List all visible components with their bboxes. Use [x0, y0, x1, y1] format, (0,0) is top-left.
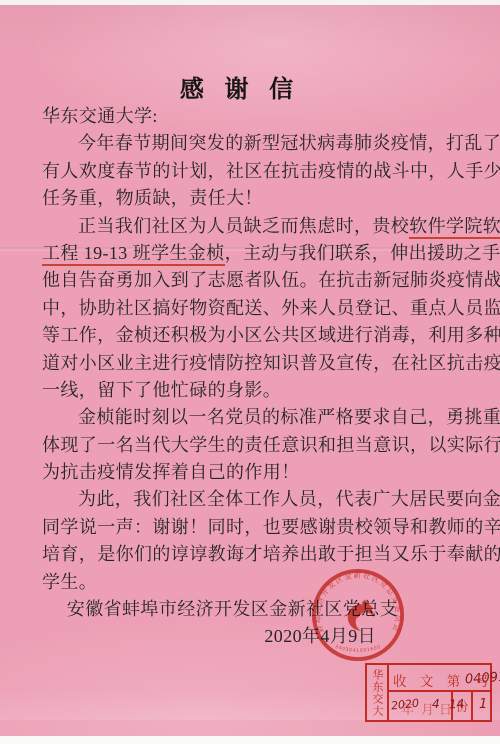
- stamp-received-label: 收 文 第: [393, 670, 465, 690]
- letter-title: 感 谢 信: [0, 69, 480, 104]
- body-line: 工程 19-13 班学生金桢，主动与我们联系，伸出援助之手。: [42, 240, 460, 267]
- body-line: 体现了一名当代大学生的责任意识和担当意识，以实际行动: [42, 432, 460, 459]
- body-line: 正当我们社区为人员缺乏而焦虑时，贵校软件学院软件: [42, 213, 460, 240]
- stamp-copies-cell: 1: [471, 692, 490, 720]
- received-stamp: 华东交大 收 文 第 04091 号 年 月 日 份 1 2020 4 14: [365, 663, 492, 722]
- body-line: 等工作，金桢还积极为小区公共区域进行消毒，利用多种渠: [42, 322, 460, 349]
- body-line: 一线，留下了他忙碌的身影。: [42, 377, 460, 404]
- stamp-org-name: 华东交大: [367, 665, 389, 720]
- body-line: 今年春节期间突发的新型冠状病毒肺炎疫情，打乱了所: [42, 130, 460, 157]
- body-line: 他自告奋勇加入到了志愿者队伍。在抗击新冠肺炎疫情战役: [42, 267, 460, 294]
- body-line: 金桢能时刻以一名党员的标准严格要求自己，勇挑重担，: [42, 404, 460, 431]
- stamp-row-number: 收 文 第 04091 号: [389, 665, 490, 692]
- handwritten-day: 14: [449, 697, 465, 712]
- date-line: 2020年4月9日: [42, 623, 460, 650]
- body-line: 同学说一声：谢谢！同时，也要感谢贵校领导和教师的辛勤: [42, 514, 460, 541]
- body-line: 为此，我们社区全体工作人员，代表广大居民要向金桢: [42, 486, 460, 513]
- body-line: 为抗击疫情发挥着自己的作用！: [42, 459, 460, 486]
- handwritten-copies-value: 1: [479, 697, 487, 712]
- body-line: 道对小区业主进行疫情防控知识普及宣传，在社区抗击疫情: [42, 350, 460, 377]
- body-line: 学生。: [42, 569, 460, 596]
- handwritten-month: 4: [432, 697, 440, 711]
- signature-line: 安徽省蚌埠市经济开发区金新社区党总支: [42, 596, 460, 623]
- red-underlined-text: 软件学院软件: [409, 216, 500, 239]
- letter-body: 华东交通大学: 今年春节期间突发的新型冠状病毒肺炎疫情，打乱了所 有人欢度春节的…: [42, 103, 460, 651]
- stamp-number-suffix: 号: [476, 670, 490, 690]
- scanner-edge-bottom: [0, 736, 500, 744]
- body-line: 中，协助社区搞好物资配送、外来人员登记、重点人员监控: [42, 295, 460, 322]
- scanned-letter-page: 感 谢 信 华东交通大学: 今年春节期间突发的新型冠状病毒肺炎疫情，打乱了所 有…: [0, 0, 500, 744]
- salutation: 华东交通大学:: [42, 103, 460, 130]
- scanner-edge-top: [0, 0, 500, 5]
- body-text: 正当我们社区为人员缺乏而焦虑时，贵校: [78, 216, 409, 236]
- body-line: 任务重，物质缺，责任大！: [42, 185, 460, 212]
- body-text: ，主动与我们联系，伸出援助之手。: [225, 243, 500, 263]
- body-line: 培育，是你们的谆谆教诲才培养出敢于担当又乐于奉献的好: [42, 541, 460, 568]
- body-line: 有人欢度春节的计划，社区在抗击疫情的战斗中，人手少，: [42, 158, 460, 185]
- stamp-body: 收 文 第 04091 号 年 月 日 份 1 2020 4 14: [389, 665, 490, 720]
- red-underlined-text: 工程 19-13 班学生金桢: [42, 243, 225, 266]
